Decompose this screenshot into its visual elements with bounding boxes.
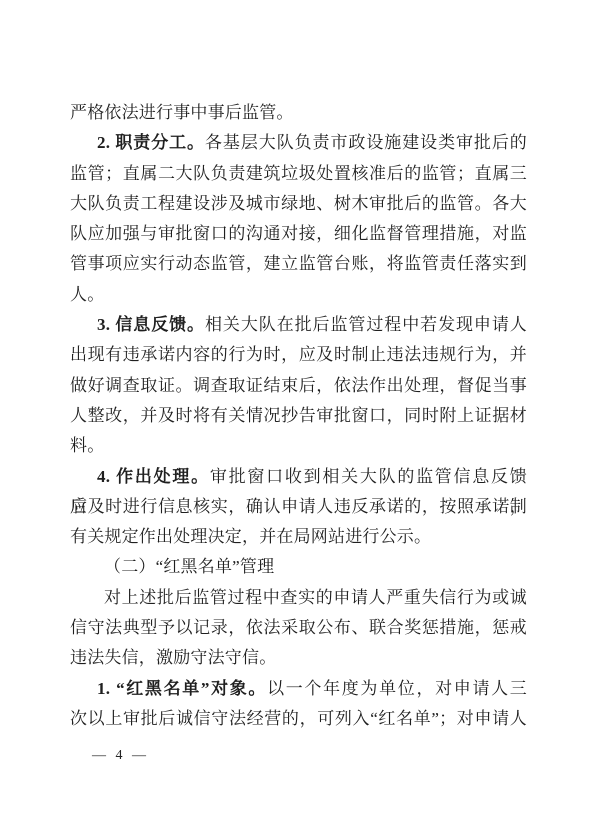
line-text: 以一个年度为单位，对申请人三 <box>267 679 527 698</box>
text-line: 管事项应实行动态监管，建立监管台账，将监管责任落实到 <box>70 249 527 279</box>
text-line: 做好调查取证。调查取证结束后，依法作出处理，督促当事 <box>70 371 527 401</box>
line-text: 对上述批后监管过程中查实的申请人严重失信行为或诚 <box>104 588 527 607</box>
text-line: 严格依法进行事中事后监管。 <box>70 98 527 128</box>
text-line: 4. 作出处理。审批窗口收到相关大队的监管信息反馈后， <box>70 462 527 492</box>
text-line: 2. 职责分工。各基层大队负责市政设施建设类审批后的 <box>70 128 527 158</box>
text-line: 有关规定作出处理决定，并在局网站进行公示。 <box>70 522 527 552</box>
text-line: 应及时进行信息核实，确认申请人违反承诺的，按照承诺制 <box>70 492 527 522</box>
text-line: 监管；直属二大队负责建筑垃圾处置核准后的监管；直属三 <box>70 159 527 189</box>
text-line: 1. “红黑名单”对象。以一个年度为单位，对申请人三 <box>70 674 527 704</box>
text-line: 出现有违承诺内容的行为时，应及时制止违法违规行为，并 <box>70 340 527 370</box>
line-text: 料。 <box>70 436 104 455</box>
text-line: 人。 <box>70 280 527 310</box>
line-text: 违法失信，激励守法守信。 <box>70 648 276 667</box>
line-text: 做好调查取证。调查取证结束后，依法作出处理，督促当事 <box>70 376 527 395</box>
line-text: 人。 <box>70 285 104 304</box>
line-bold-lead: 2. 职责分工。 <box>97 133 205 152</box>
line-text: 大队负责工程建设涉及城市绿地、树木审批后的监管。各大 <box>70 194 527 213</box>
line-text: 次以上审批后诚信守法经营的，可列入“红名单”；对申请人 <box>70 709 527 728</box>
text-line: 大队负责工程建设涉及城市绿地、树木审批后的监管。各大 <box>70 189 527 219</box>
line-text: 应及时进行信息核实，确认申请人违反承诺的，按照承诺制 <box>70 497 527 516</box>
text-line: 料。 <box>70 431 527 461</box>
line-text: 相关大队在批后监管过程中若发现申请人 <box>205 315 527 334</box>
text-line: 对上述批后监管过程中查实的申请人严重失信行为或诚 <box>70 583 527 613</box>
line-bold-lead: 3. 信息反馈。 <box>97 315 205 334</box>
text-line: 人整改，并及时将有关情况抄告审批窗口，同时附上证据材 <box>70 401 527 431</box>
text-line: （二）“红黑名单”管理 <box>70 552 527 582</box>
document-page: 严格依法进行事中事后监管。2. 职责分工。各基层大队负责市政设施建设类审批后的监… <box>0 0 595 840</box>
text-block: 严格依法进行事中事后监管。2. 职责分工。各基层大队负责市政设施建设类审批后的监… <box>70 98 527 734</box>
text-line: 次以上审批后诚信守法经营的，可列入“红名单”；对申请人 <box>70 704 527 734</box>
line-text: 出现有违承诺内容的行为时，应及时制止违法违规行为，并 <box>70 345 527 364</box>
line-text: 各基层大队负责市政设施建设类审批后的 <box>205 133 527 152</box>
line-text: 监管；直属二大队负责建筑垃圾处置核准后的监管；直属三 <box>70 164 527 183</box>
line-bold-lead: 4. 作出处理。 <box>97 467 210 486</box>
line-text: 严格依法进行事中事后监管。 <box>70 103 294 122</box>
text-line: 3. 信息反馈。相关大队在批后监管过程中若发现申请人 <box>70 310 527 340</box>
line-bold-lead: 1. “红黑名单”对象。 <box>97 679 267 698</box>
line-text: 管事项应实行动态监管，建立监管台账，将监管责任落实到 <box>70 254 527 273</box>
line-text: （二）“红黑名单”管理 <box>104 557 274 576</box>
line-text: 队应加强与审批窗口的沟通对接，细化监督管理措施，对监 <box>70 224 527 243</box>
line-text: 人整改，并及时将有关情况抄告审批窗口，同时附上证据材 <box>70 406 527 425</box>
line-text: 有关规定作出处理决定，并在局网站进行公示。 <box>70 527 431 546</box>
text-line: 队应加强与审批窗口的沟通对接，细化监督管理措施，对监 <box>70 219 527 249</box>
text-line: 信守法典型予以记录，依法采取公布、联合奖惩措施，惩戒 <box>70 613 527 643</box>
page-number: — 4 — <box>92 748 149 764</box>
text-line: 违法失信，激励守法守信。 <box>70 643 527 673</box>
line-text: 信守法典型予以记录，依法采取公布、联合奖惩措施，惩戒 <box>70 618 527 637</box>
